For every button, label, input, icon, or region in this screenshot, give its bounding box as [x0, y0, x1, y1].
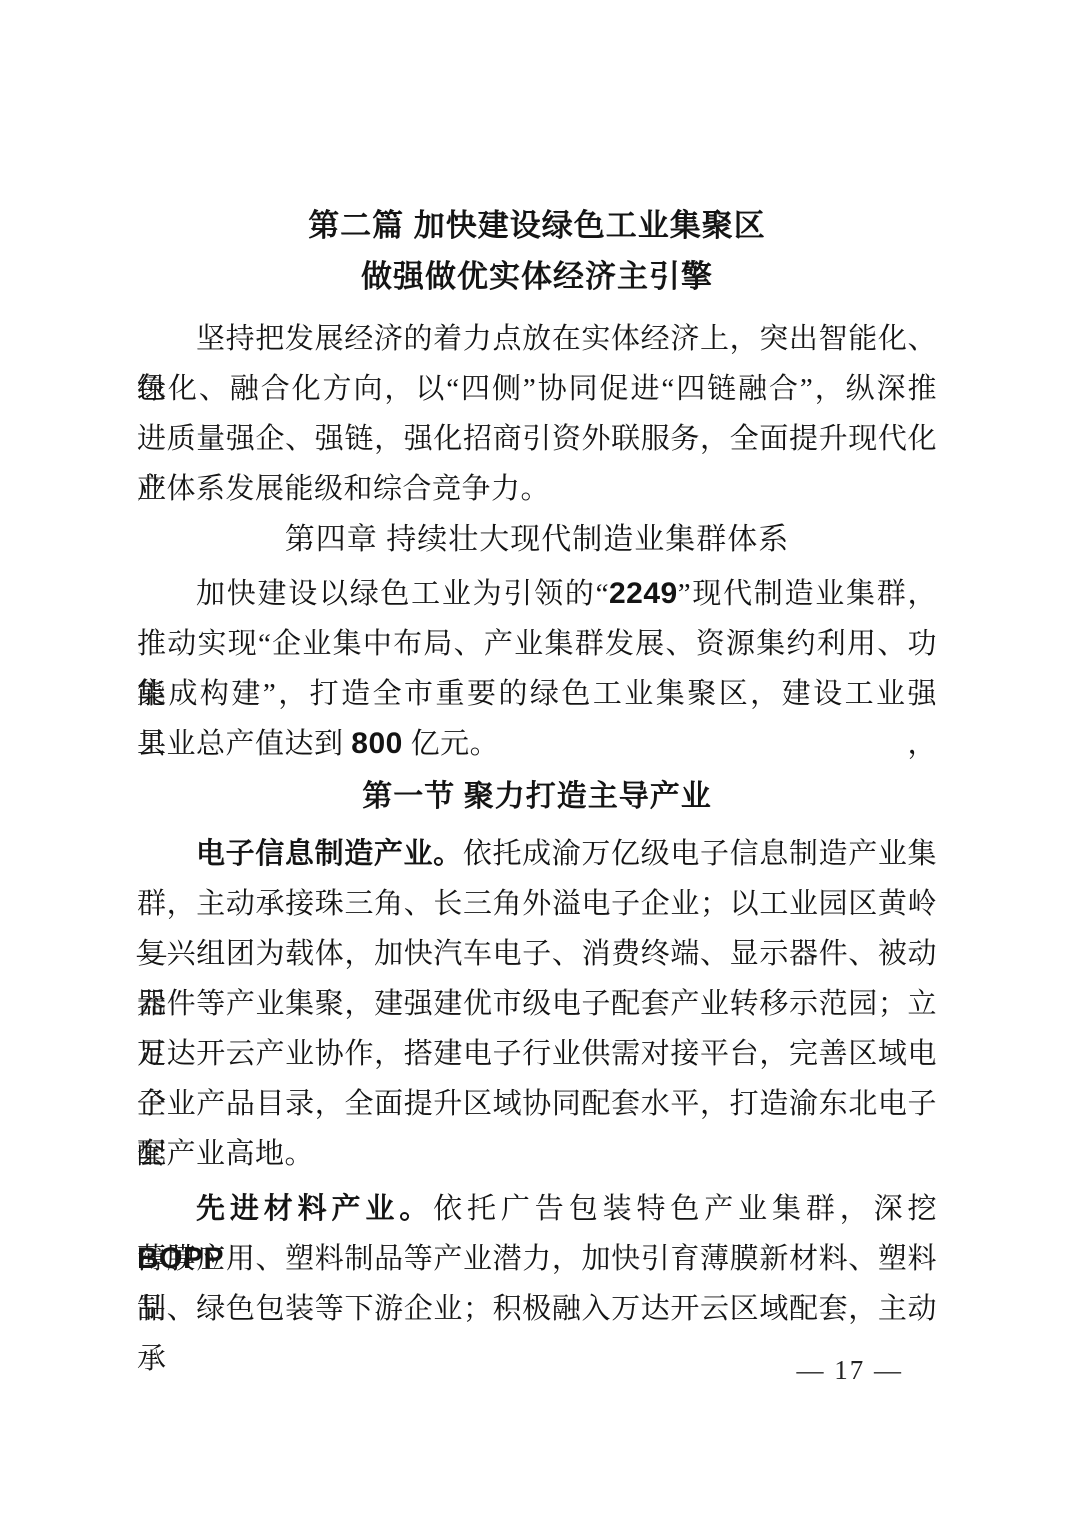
- line-segment: 依托广告包装特色产业集群，深挖: [433, 1193, 937, 1225]
- paragraph-line: 推动实现“企业集中布局、产业集群发展、资源集约利用、功能: [137, 619, 937, 669]
- paragraph-electronics-industry: 电子信息制造产业。依托成渝万亿级电子信息制造产业集 群，主动承接珠三角、长三角外…: [137, 829, 937, 1179]
- figure-2249: 2249: [609, 577, 678, 610]
- line-segment: 依托成渝万亿级电子信息制造产业集: [463, 838, 937, 870]
- paragraph-materials-industry: 先进材料产业。依托广告包装特色产业集群，深挖 BOPP 薄膜应用、塑料制品等产业…: [137, 1184, 937, 1334]
- paragraph-line: 先进材料产业。依托广告包装特色产业集群，深挖 BOPP: [137, 1184, 937, 1234]
- paragraph-line: 电子信息制造产业。依托成渝万亿级电子信息制造产业集: [137, 829, 937, 879]
- lead-in-phrase: 电子信息制造产业。: [196, 838, 463, 870]
- document-page: 第二篇 加快建设绿色工业集聚区 做强做优实体经济主引擎 坚持把发展经济的着力点放…: [0, 0, 1074, 1520]
- paragraph-line: 业体系发展能级和综合竞争力。: [137, 464, 937, 514]
- paragraph-line: 集成构建”，打造全市重要的绿色工业集聚区，建设工业强县，: [137, 669, 937, 719]
- part-title: 第二篇 加快建设绿色工业集聚区 做强做优实体经济主引擎: [137, 200, 937, 302]
- paragraph-line: 复兴组团为载体，加快汽车电子、消费终端、显示器件、被动元: [137, 929, 937, 979]
- chapter-heading: 第四章 持续壮大现代制造业集群体系: [137, 514, 937, 566]
- page-number: — 17 —: [797, 1350, 904, 1390]
- paragraph-line: 套产业高地。: [137, 1129, 937, 1179]
- part-title-line-1: 第二篇 加快建设绿色工业集聚区: [137, 200, 937, 251]
- paragraph-line: 加快建设以绿色工业为引领的“2249”现代制造业集群，: [137, 569, 937, 619]
- text-column: 第二篇 加快建设绿色工业集聚区 做强做优实体经济主引擎 坚持把发展经济的着力点放…: [137, 0, 937, 1334]
- paragraph-line: 坚持把发展经济的着力点放在实体经济上，突出智能化、绿: [137, 314, 937, 364]
- paragraph-line: 群，主动承接珠三角、长三角外溢电子企业；以工业园区黄岭—: [137, 879, 937, 929]
- line-segment: 工业总产值达到: [137, 728, 351, 760]
- section-heading: 第一节 聚力打造主导产业: [137, 769, 937, 824]
- paragraph-line: 器件等产业集聚，建强建优市级电子配套产业转移示范园；立足: [137, 979, 937, 1029]
- paragraph-line: 进质量强企、强链，强化招商引资外联服务，全面提升现代化产: [137, 414, 937, 464]
- paragraph-line: 万达开云产业协作，搭建电子行业供需对接平台，完善区域电子: [137, 1029, 937, 1079]
- line-segment: ”现代制造业集群，: [678, 578, 937, 610]
- part-title-line-2: 做强做优实体经济主引擎: [137, 251, 937, 302]
- paragraph-line: 品、绿色包装等下游企业；积极融入万达开云区域配套，主动承: [137, 1284, 937, 1334]
- line-segment: 加快建设以绿色工业为引领的“: [196, 578, 609, 610]
- lead-in-phrase: 先进材料产业。: [196, 1193, 433, 1225]
- line-segment: 亿元。: [403, 728, 499, 760]
- paragraph-cluster-goal: 加快建设以绿色工业为引领的“2249”现代制造业集群， 推动实现“企业集中布局、…: [137, 569, 937, 769]
- paragraph-line: 企业产品目录，全面提升区域协同配套水平，打造渝东北电子配: [137, 1079, 937, 1129]
- paragraph-line: 薄膜应用、塑料制品等产业潜力，加快引育薄膜新材料、塑料制: [137, 1234, 937, 1284]
- paragraph-overview: 坚持把发展经济的着力点放在实体经济上，突出智能化、绿 色化、融合化方向，以“四侧…: [137, 314, 937, 514]
- figure-800: 800: [351, 727, 403, 760]
- paragraph-line: 色化、融合化方向，以“四侧”协同促进“四链融合”，纵深推: [137, 364, 937, 414]
